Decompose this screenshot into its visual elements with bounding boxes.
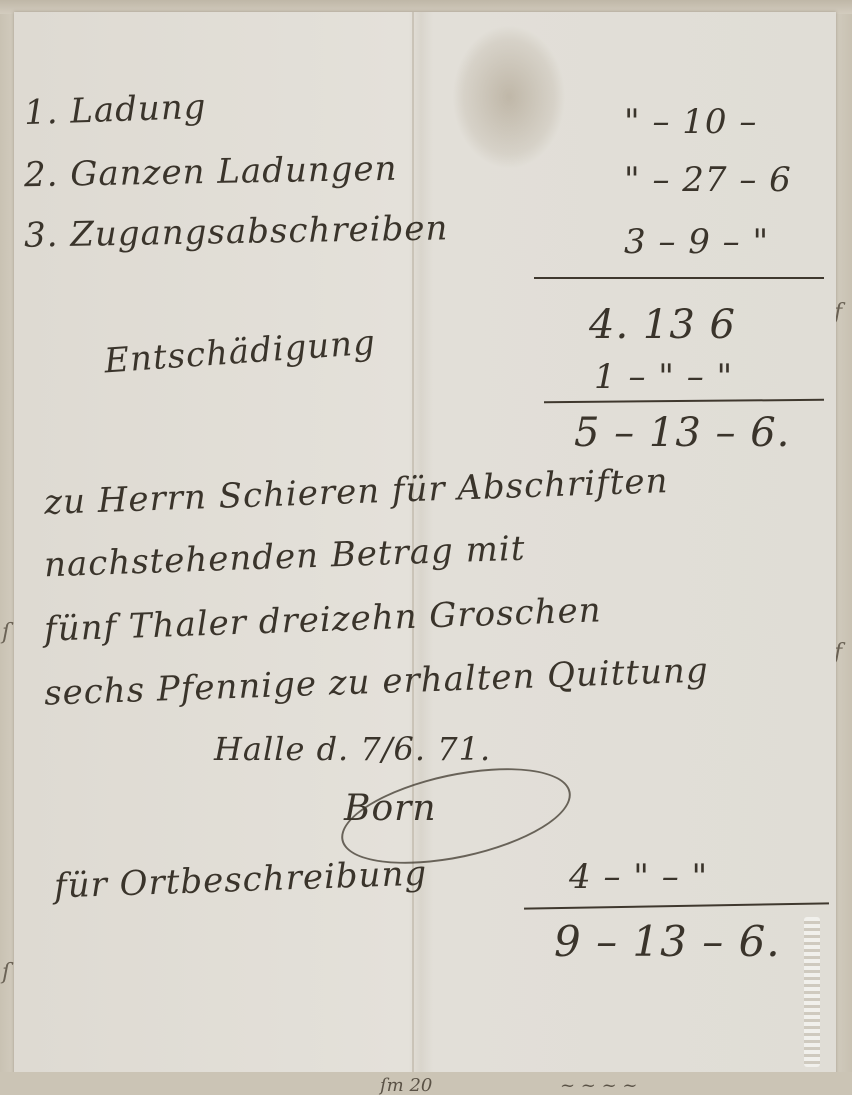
bottom-bleed-text: ſm 20	[380, 1075, 432, 1095]
item-3-label: 3. Zugangsabschreiben	[24, 208, 449, 255]
item-2-label: 2. Ganzen Ladungen	[24, 149, 398, 196]
item-1-label: 1. Ladung	[23, 87, 207, 133]
subtotal-rule-2	[544, 399, 824, 403]
subtotal-1: 4. 13 6	[589, 302, 736, 348]
grand-total: 9 – 13 – 6.	[554, 917, 781, 966]
extra-item-label: Entschädigung	[103, 323, 377, 382]
subtotal-2: 5 – 13 – 6.	[574, 410, 790, 456]
body-line-2: nachstehenden Betrag mit	[43, 529, 526, 586]
extra-item-amount: 1 – " – "	[594, 357, 733, 397]
final-item-amount: 4 – " – "	[569, 857, 708, 897]
bottom-bleed-text: ~ ~ ~ ~	[560, 1075, 638, 1095]
item-2-amount: " – 27 – 6	[624, 160, 792, 200]
left-margin-bleed-text: ſ	[2, 620, 10, 645]
total-rule	[524, 902, 829, 909]
date-line: Halle d. 7/6. 71.	[214, 730, 491, 768]
item-3-amount: 3 – 9 – "	[624, 222, 769, 262]
receipt-paper: 1. Ladung " – 10 – 2. Ganzen Ladungen " …	[14, 12, 836, 1080]
body-line-3: fünf Thaler dreizehn Groschen	[43, 590, 602, 649]
body-line-1: zu Herrn Schieren für Abschriften	[43, 461, 669, 523]
left-margin-bleed-text: ſ	[2, 960, 10, 985]
body-line-4: sechs Pfennige zu erhalten Quittung	[44, 650, 710, 713]
item-1-amount: " – 10 –	[624, 102, 757, 142]
final-item-label: für Ortbeschreibung	[53, 854, 427, 907]
embossed-stamp	[804, 917, 820, 1067]
subtotal-rule-1	[534, 277, 824, 279]
